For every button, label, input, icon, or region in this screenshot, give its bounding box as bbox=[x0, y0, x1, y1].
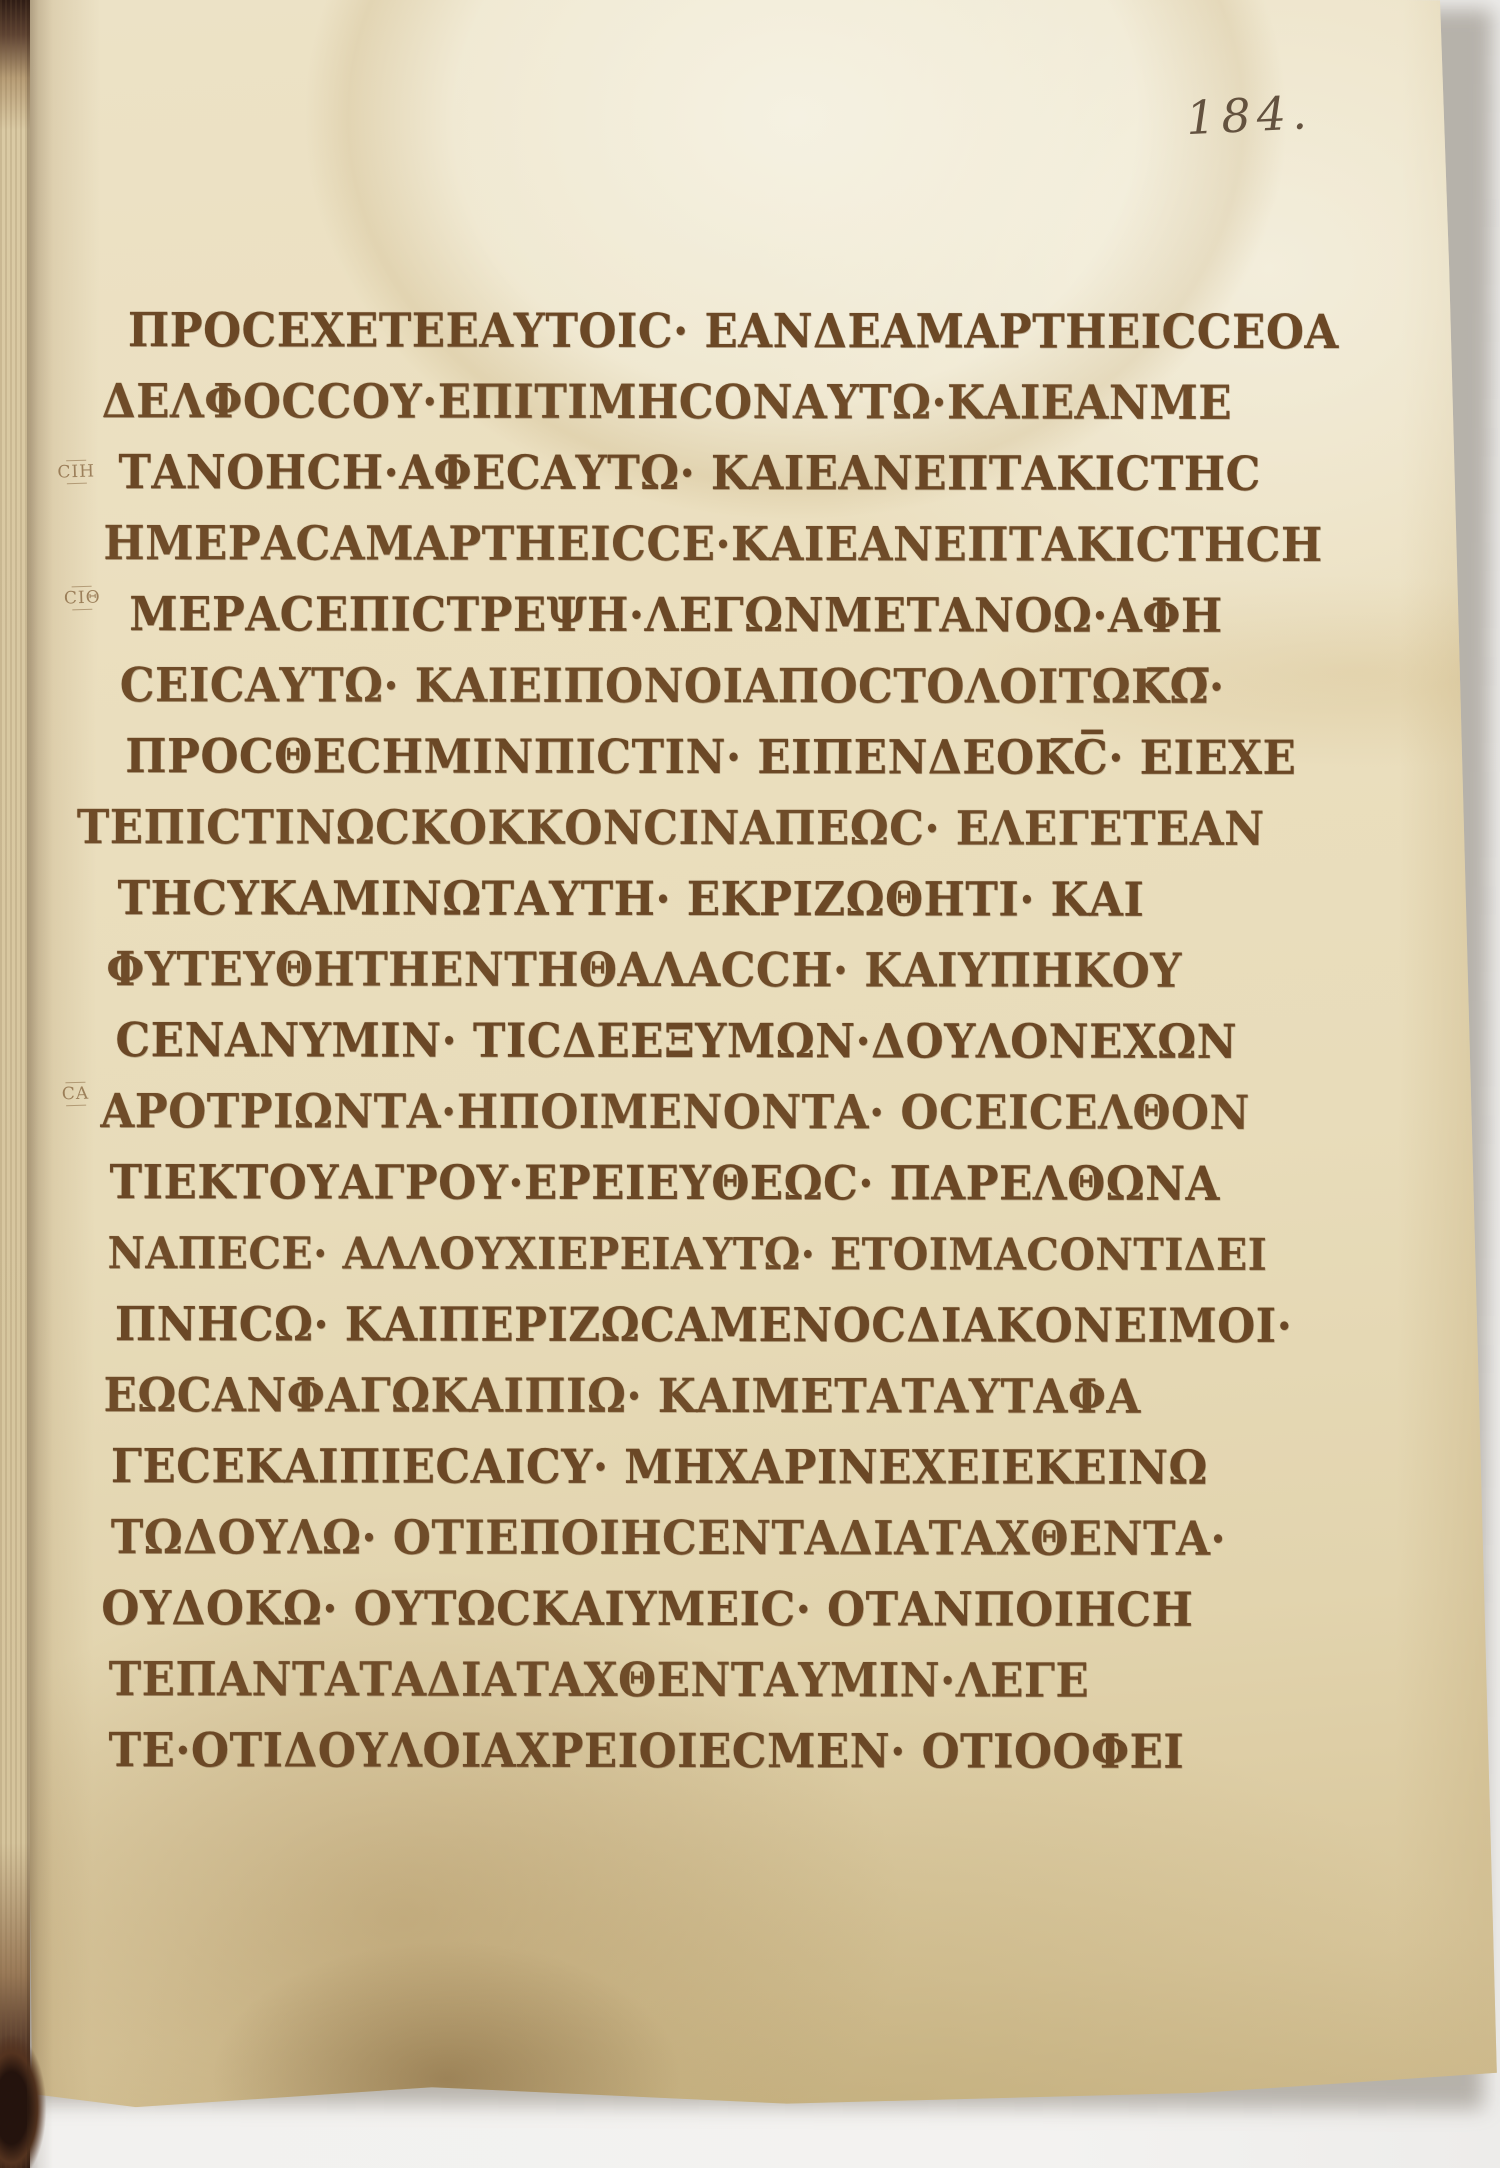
margin-section-numeral: CΙΗ bbox=[57, 456, 95, 487]
text-line: ΓΕCΕΚΑΙΠΙΕCΑΙCΥ· ΜΗΧΑΡΙΝΕΧΕΙΕΚΕΙΝΩ bbox=[111, 1431, 1355, 1504]
text-line: ΤΕΠΑΝΤΑΤΑΔΙΑΤΑΧΘΕΝΤΑΥΜΙΝ·ΛΕΓΕ bbox=[109, 1644, 1355, 1717]
text-line: ΔΕΛΦΟCCΟΥ·ΕΠΙΤΙΜΗCΟΝΑΥΤΩ·ΚΑΙΕΑΝΜΕ bbox=[102, 366, 1358, 439]
text-line: ΟΥΔΟΚΩ· ΟΥΤΩCΚΑΙΥΜΕΙC· ΟΤΑΝΠΟΙΗCΗ bbox=[101, 1573, 1355, 1646]
text-line: ΤΕ·ΟΤΙΔΟΥΛΟΙΑΧΡΕΙΟΙΕCΜΕΝ· ΟΤΙΟΟΦΕΙ bbox=[108, 1715, 1354, 1788]
text-line: ΠΡΟCΘΕCΗΜΙΝΠΙCΤΙΝ· ΕΙΠΕΝΔΕΟΚ̅C̅· ΕΙΕΧΕ bbox=[125, 721, 1356, 794]
text-line: ΤΑΝΟΗCΗ·ΑΦΕCΑΥΤΩ· ΚΑΙΕΑΝΕΠΤΑΚΙCΤΗC bbox=[118, 437, 1357, 510]
text-line: ΝΑΠΕCΕ· ΑΛΛΟΥΧΙΕΡΕΙΑΥΤΩ· ΕΤΟΙΜΑCΟΝΤΙΔΕΙ bbox=[108, 1218, 1356, 1291]
text-line: ΗΜΕΡΑCΑΜΑΡΤΗΕΙCCΕ·ΚΑΙΕΑΝΕΠΤΑΚΙCΤΗCΗ bbox=[103, 508, 1357, 581]
margin-section-numeral: CΙΘ bbox=[64, 582, 102, 613]
text-line: ΑΡΟΤΡΙΩΝΤΑ·ΗΠΟΙΜΕΝΟΝΤΑ· ΟCΕΙCΕΛΘΟΝ bbox=[100, 1076, 1356, 1149]
text-line: CΕΝΑΝΥΜΙΝ· ΤΙCΔΕΕΞΥΜΩΝ·ΔΟΥΛΟΝΕΧΩΝ bbox=[115, 1005, 1356, 1078]
manuscript-photo: 184. CΙΗ CΙΘ CΑ ΠΡΟCΕΧΕΤΕΕΑΥΤΟΙC· ΕΑΝΔΕΑ… bbox=[0, 0, 1500, 2168]
text-line: ΜΕΡΑCΕΠΙCΤΡΕΨΗ·ΛΕΓΩΝΜΕΤΑΝΟΩ·ΑΦΗ bbox=[129, 579, 1357, 652]
text-line: ΦΥΤΕΥΘΗΤΗΕΝΤΗΘΑΛΑCCΗ· ΚΑΙΥΠΗΚΟΥ bbox=[106, 934, 1356, 1007]
text-block: ΠΡΟCΕΧΕΤΕΕΑΥΤΟΙC· ΕΑΝΔΕΑΜΑΡΤΗΕΙCCΕΟΑ ΔΕΛ… bbox=[108, 295, 1357, 1788]
text-line: ΤΩΔΟΥΛΩ· ΟΤΙΕΠΟΙΗCΕΝΤΑΔΙΑΤΑΧΘΕΝΤΑ· bbox=[111, 1502, 1355, 1575]
text-line: ΕΩCΑΝΦΑΓΩΚΑΙΠΙΩ· ΚΑΙΜΕΤΑΤΑΥΤΑΦΑ bbox=[104, 1360, 1356, 1433]
text-line: ΠΝΗCΩ· ΚΑΙΠΕΡΙΖΩCΑΜΕΝΟCΔΙΑΚΟΝΕΙΜΟΙ· bbox=[115, 1289, 1356, 1362]
text-line: ΤΙΕΚΤΟΥΑΓΡΟΥ·ΕΡΕΙΕΥΘΕΩC· ΠΑΡΕΛΘΩΝΑ bbox=[110, 1147, 1356, 1220]
gutter-shadow bbox=[27, 0, 53, 2168]
book-spine bbox=[0, 0, 30, 2168]
text-line: CΕΙCΑΥΤΩ· ΚΑΙΕΙΠΟΝΟΙΑΠΟCΤΟΛΟΙΤΩΚ̅Ω̅· bbox=[120, 650, 1357, 723]
text-line: ΠΡΟCΕΧΕΤΕΕΑΥΤΟΙC· ΕΑΝΔΕΑΜΑΡΤΗΕΙCCΕΟΑ bbox=[128, 295, 1358, 368]
folio-number: 184. bbox=[1185, 85, 1314, 145]
text-line: ΤΗCΥΚΑΜΙΝΩΤΑΥΤΗ· ΕΚΡΙΖΩΘΗΤΙ· ΚΑΙ bbox=[117, 863, 1356, 936]
margin-section-numeral: CΑ bbox=[61, 1079, 89, 1110]
parchment-page: 184. CΙΗ CΙΘ CΑ ΠΡΟCΕΧΕΤΕΕΑΥΤΟΙC· ΕΑΝΔΕΑ… bbox=[17, 0, 1500, 2115]
text-line: ΤΕΠΙCΤΙΝΩCΚΟΚΚΟΝCΙΝΑΠΕΩC· ΕΛΕΓΕΤΕΑΝ bbox=[77, 792, 1357, 865]
